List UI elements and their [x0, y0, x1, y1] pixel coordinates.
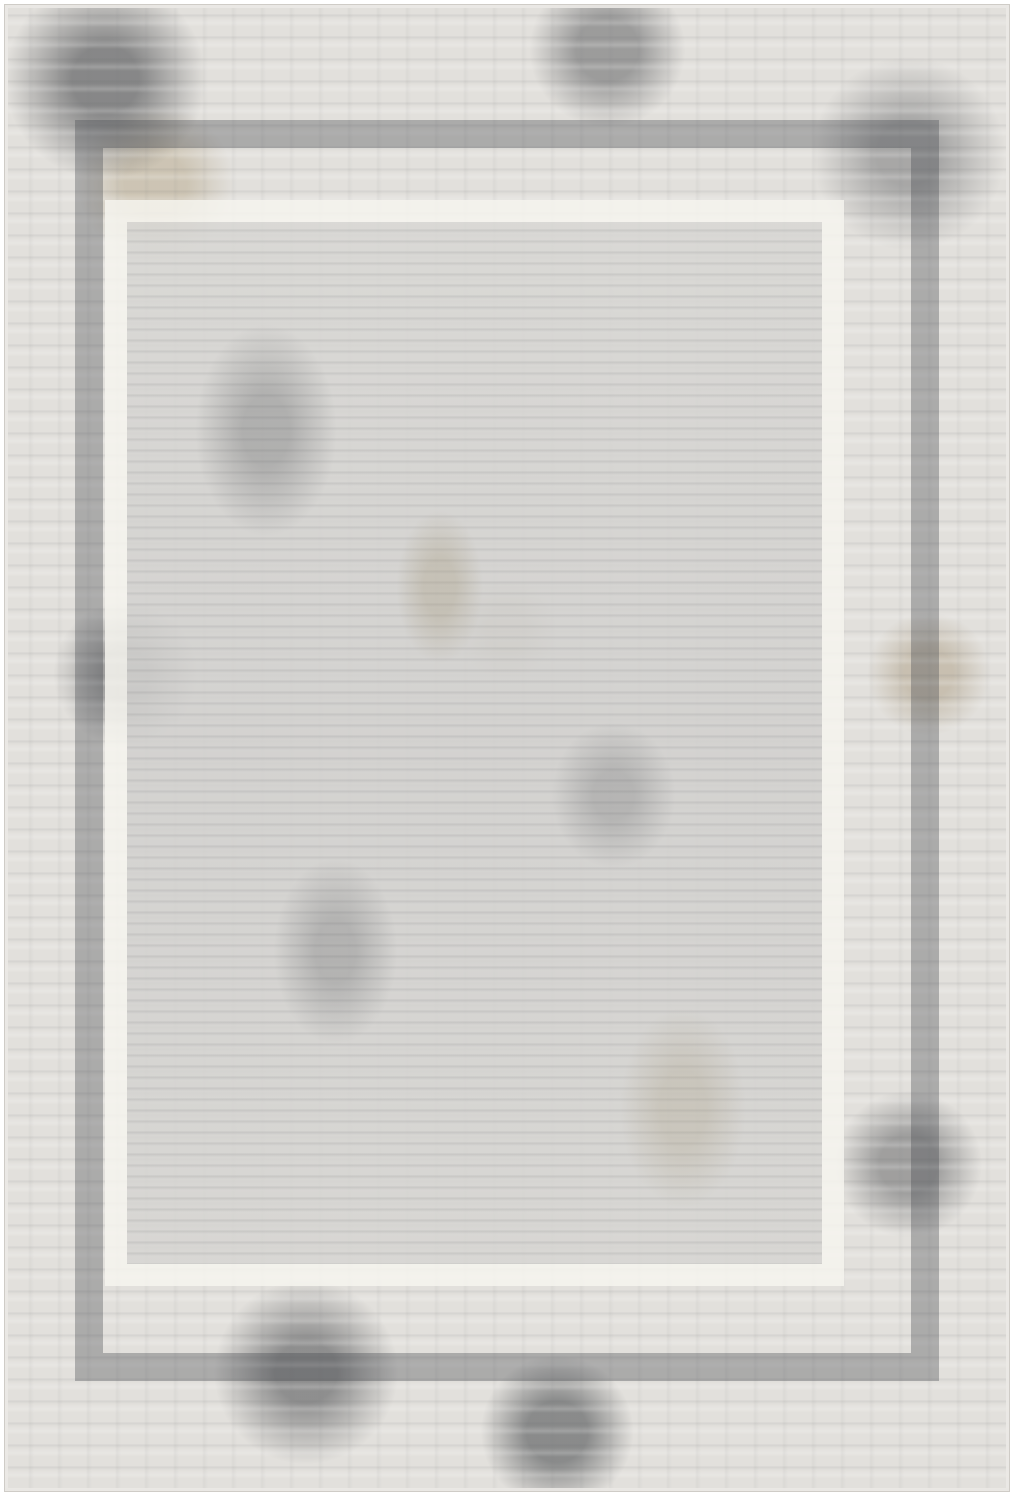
- rug-binding-edge: [5, 5, 1009, 1491]
- rug: [4, 4, 1010, 1492]
